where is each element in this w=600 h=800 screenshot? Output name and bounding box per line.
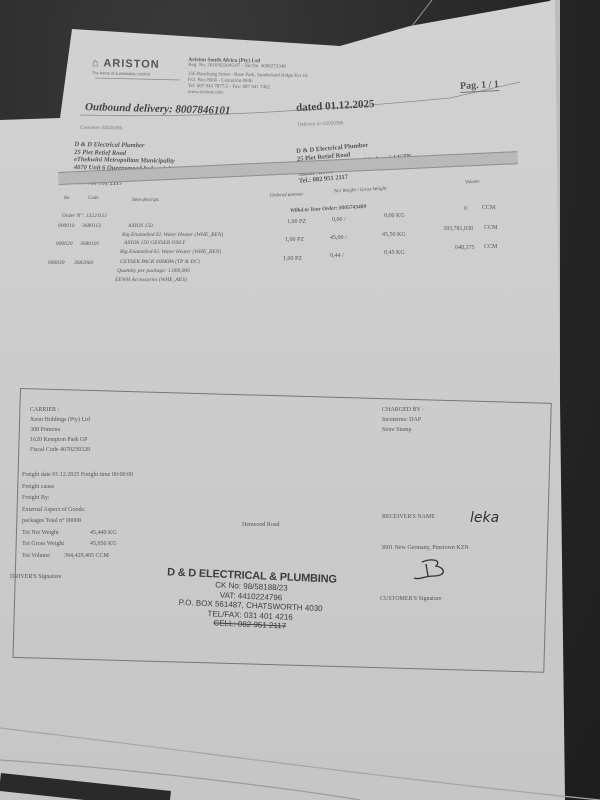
document-content: ⌂ ARISTON The home of sustainable comfor…: [0, 0, 600, 800]
receiver-name-label: RECEIVER'S NAME: [382, 512, 435, 524]
order-number: Order N°: 13221151: [62, 213, 107, 219]
customer-number: Customer: 82020386: [80, 126, 122, 132]
col-ordered-amount: Ordered amount: [270, 192, 303, 198]
your-order-number: Wilkd.to Your Order: 0005743489: [290, 204, 367, 214]
delivery-title: Outbound delivery: 8007846101: [85, 101, 231, 117]
carrier-block: CARRIER : Xeon Holdings (Pty) Ltd 308 Po…: [30, 405, 90, 455]
charged-by-block: CHARGED BY : Incoterms: DAP Store Stamp: [382, 405, 424, 435]
customer-signature-scribble: [412, 558, 452, 584]
receiver-address: 3601 New Germany, Pinetown KZN: [381, 543, 469, 555]
col-weight: Net Weight / Gross Weight: [334, 187, 387, 195]
company-stamp: D & D ELECTRICAL & PLUMBING CK No: 98/58…: [165, 566, 337, 633]
delivery-to-number: Delivery to: 82020386: [298, 121, 343, 128]
col-item: Ite.: [64, 196, 71, 201]
col-code: Code: [88, 196, 99, 201]
customer-signature-label: CUSTOMER'S Signature: [380, 594, 441, 606]
ariston-logo: ⌂ ARISTON The home of sustainable comfor…: [92, 57, 160, 77]
road-name: Henwood Road: [242, 520, 280, 532]
company-info: Ariston South Africa (Pty) Ltd Reg. No. …: [188, 57, 308, 98]
delivery-date: dated 01.12.2025: [296, 98, 375, 114]
driver-signature-label: DRIVER'S Signature: [10, 572, 61, 584]
col-volume: Volume: [465, 180, 480, 186]
freight-block: Freight date 01.12.2025 Freight time 00:…: [22, 470, 133, 562]
receiver-handwritten-name: leka: [470, 510, 499, 526]
house-icon: ⌂: [92, 57, 100, 69]
page-indicator: Pag. 1 / 1: [460, 79, 499, 93]
col-description: Item descript.: [132, 198, 160, 203]
